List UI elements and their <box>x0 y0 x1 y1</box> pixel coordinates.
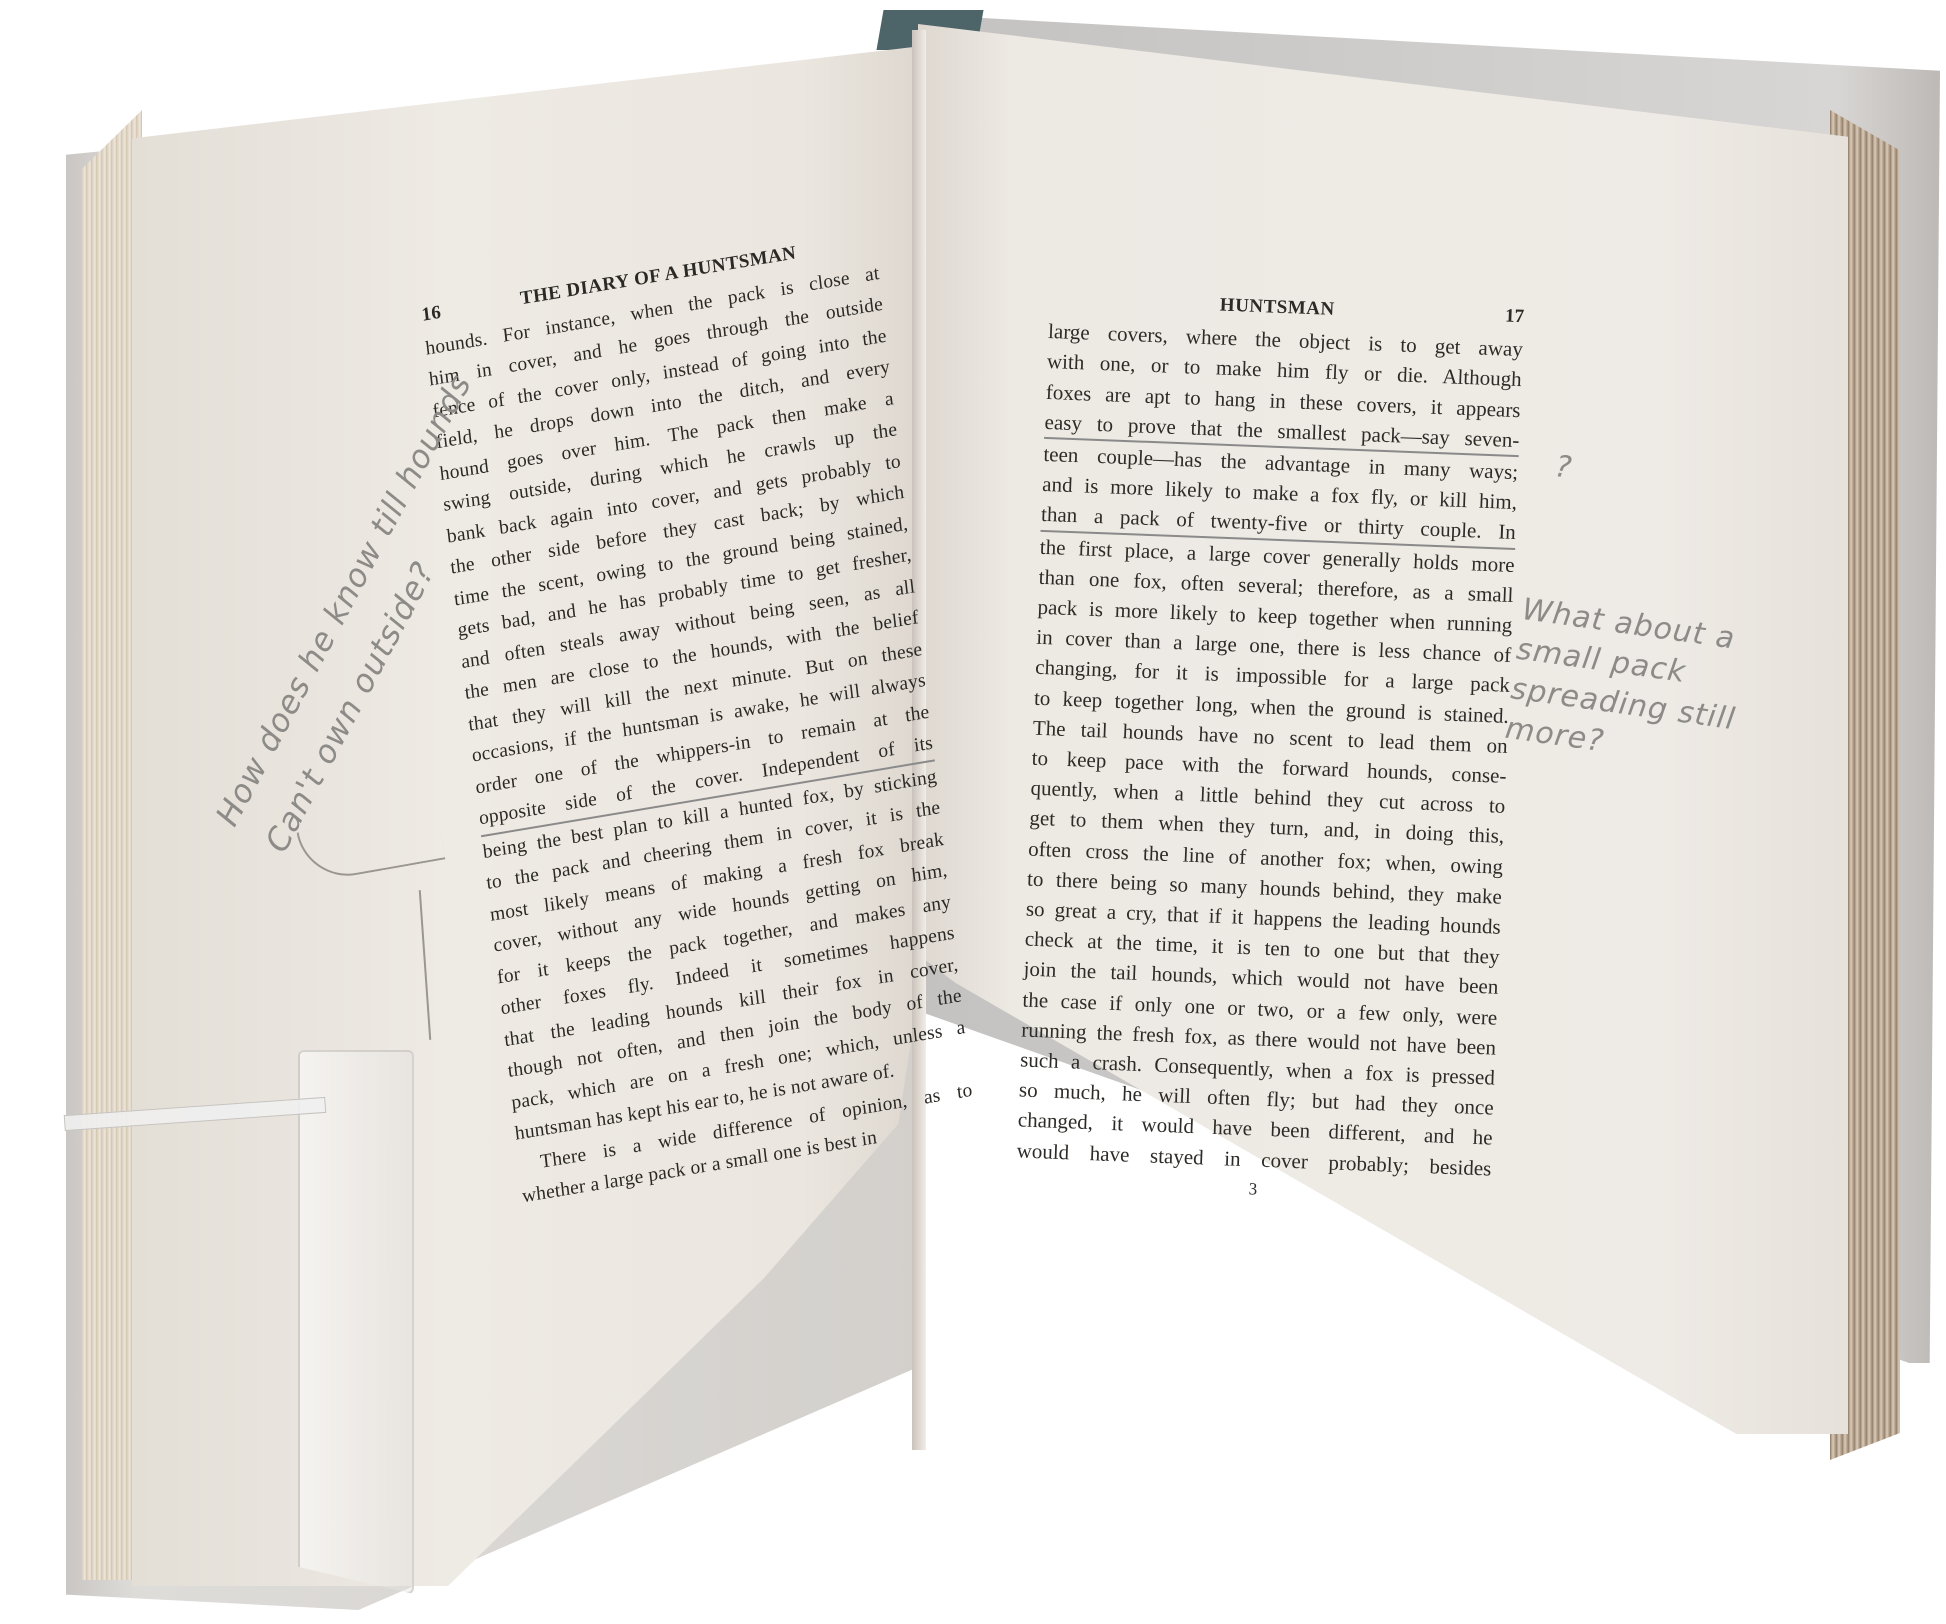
right-page-text: HUNTSMAN 17 large covers, where the obje… <box>1015 284 1525 1214</box>
acrylic-book-stand <box>298 1050 414 1594</box>
right-page-number: 17 <box>1505 302 1525 333</box>
open-book-photo: 16 THE DIARY OF A HUNTSMAN hounds. For i… <box>0 0 1946 1624</box>
pencil-note-right: What about a small pack spreading still … <box>1503 590 1749 780</box>
